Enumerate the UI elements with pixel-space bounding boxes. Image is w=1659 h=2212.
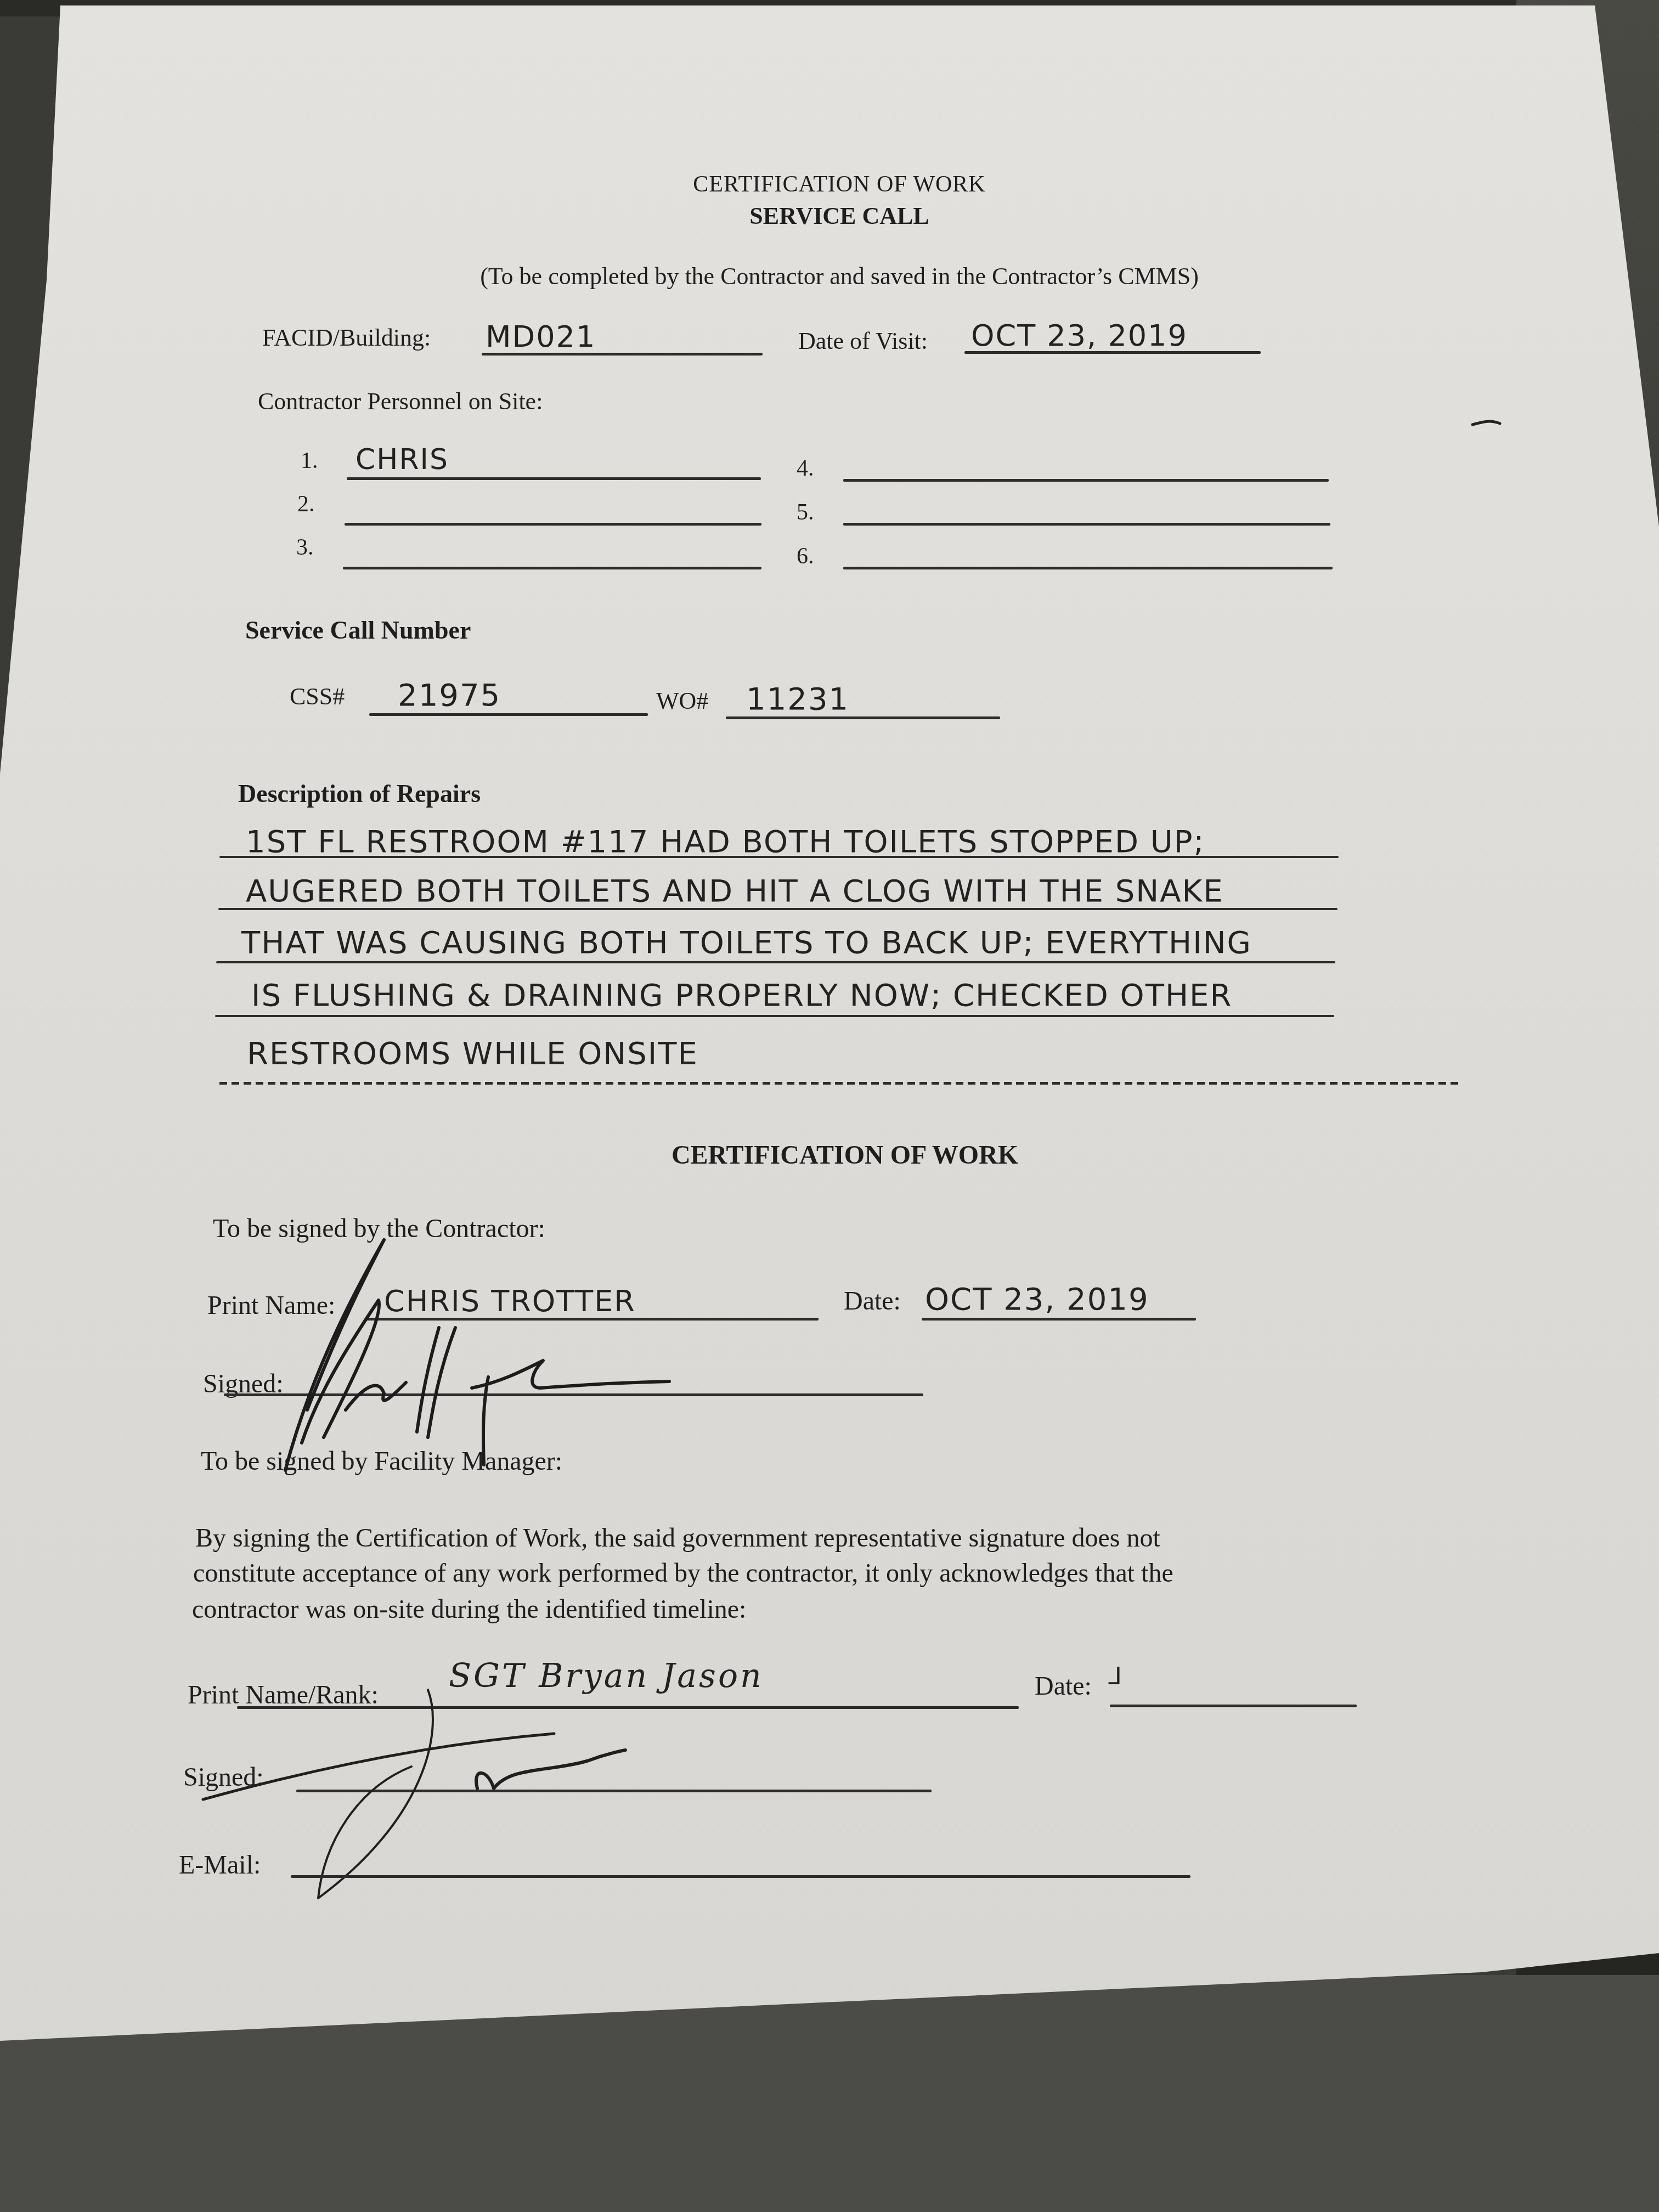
css-value[interactable]: 21975	[398, 678, 501, 713]
fm-signature[interactable]	[192, 1657, 850, 1909]
personnel-line-2	[345, 523, 761, 526]
personnel-number-4: 4.	[797, 455, 814, 482]
facid-underline	[482, 353, 763, 356]
stray-pen-mark	[1470, 417, 1503, 428]
certification-heading: CERTIFICATION OF WORK	[672, 1140, 1018, 1170]
personnel-label: Contractor Personnel on Site:	[258, 387, 543, 415]
visit-date-underline	[964, 351, 1261, 354]
personnel-line-1	[347, 477, 761, 480]
repairs-rule-3	[216, 961, 1335, 963]
section-divider	[219, 1082, 1459, 1085]
css-label: CSS#	[290, 682, 345, 710]
repairs-line-1[interactable]: 1ST FL RESTROOM #117 HAD BOTH TOILETS ST…	[246, 824, 1205, 860]
email-label: E-Mail:	[179, 1850, 261, 1880]
personnel-line-6	[843, 567, 1333, 569]
personnel-line-5	[843, 523, 1330, 526]
fm-date-mark: ᒧ	[1107, 1662, 1122, 1690]
wo-value[interactable]: 11231	[746, 681, 849, 717]
personnel-number-3: 3.	[296, 534, 314, 561]
fm-date-underline	[1110, 1705, 1357, 1707]
contractor-date-underline	[922, 1318, 1196, 1321]
repairs-rule-2	[218, 908, 1338, 910]
wo-label: WO#	[656, 687, 708, 715]
contractor-date-value[interactable]: OCT 23, 2019	[925, 1282, 1149, 1317]
personnel-number-1: 1.	[301, 448, 318, 474]
fm-date-label: Date:	[1035, 1671, 1092, 1701]
personnel-number-6: 6.	[797, 543, 814, 569]
repairs-rule-1	[219, 856, 1339, 858]
repairs-line-2[interactable]: AUGERED BOTH TOILETS AND HIT A CLOG WITH…	[246, 873, 1224, 909]
repairs-heading: Description of Repairs	[238, 779, 481, 808]
repairs-rule-4	[215, 1015, 1334, 1017]
facid-value[interactable]: MD021	[486, 319, 596, 354]
facid-label: FACID/Building:	[262, 324, 431, 352]
service-call-form: CERTIFICATION OF WORK SERVICE CALL (To b…	[0, 0, 1659, 2212]
visit-date-value[interactable]: OCT 23, 2019	[971, 318, 1188, 353]
personnel-name-1[interactable]: CHRIS	[356, 443, 449, 476]
service-call-heading: Service Call Number	[245, 616, 471, 645]
visit-date-label: Date of Visit:	[798, 327, 928, 355]
personnel-number-5: 5.	[797, 499, 814, 526]
facility-sign-label: To be signed by Facility Manager:	[201, 1446, 562, 1476]
wo-underline	[726, 716, 1000, 719]
contractor-signature[interactable]	[236, 1229, 894, 1481]
form-title: CERTIFICATION OF WORK	[693, 171, 985, 198]
personnel-number-2: 2.	[297, 491, 315, 517]
repairs-line-5[interactable]: RESTROOMS WHILE ONSITE	[247, 1036, 698, 1071]
disclaimer-line-3: contractor was on-site during the identi…	[192, 1594, 746, 1624]
personnel-line-4	[843, 479, 1329, 482]
repairs-line-3[interactable]: THAT WAS CAUSING BOTH TOILETS TO BACK UP…	[241, 925, 1252, 961]
repairs-line-4[interactable]: IS FLUSHING & DRAINING PROPERLY NOW; CHE…	[251, 978, 1232, 1013]
disclaimer-line-2: constitute acceptance of any work perfor…	[193, 1558, 1173, 1588]
personnel-line-3	[343, 567, 761, 569]
form-instructions: (To be completed by the Contractor and s…	[480, 262, 1199, 290]
css-underline	[369, 713, 648, 716]
disclaimer-line-1: By signing the Certification of Work, th…	[195, 1523, 1160, 1553]
email-underline	[291, 1875, 1190, 1878]
form-subtitle: SERVICE CALL	[749, 202, 929, 230]
